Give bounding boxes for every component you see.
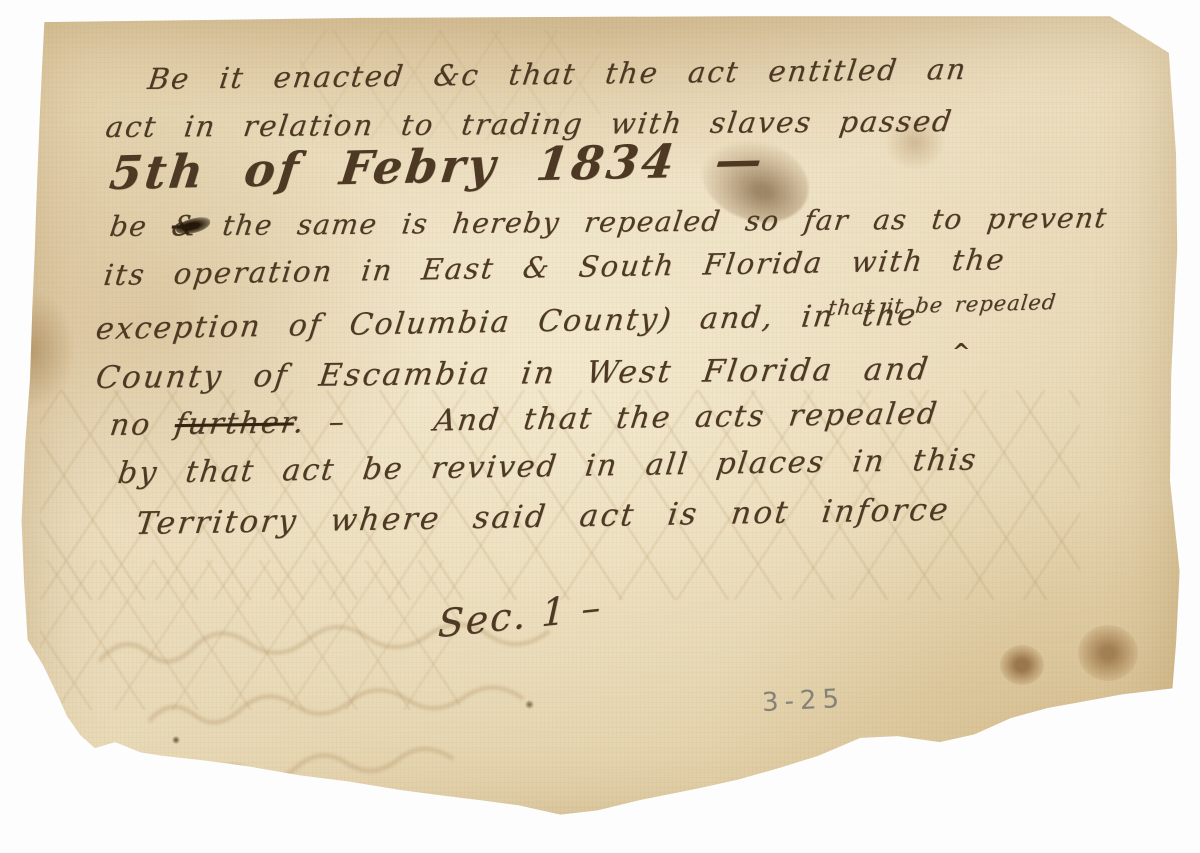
manuscript-line-6: exception of Columbia County) and, in th… bbox=[96, 298, 918, 347]
line-text: no further. –And that the acts repealed bbox=[108, 396, 941, 443]
insertion-caret: ^ bbox=[952, 340, 970, 365]
document-scan: Be it enacted &c that the act entitled a… bbox=[0, 0, 1200, 853]
stain bbox=[1078, 625, 1138, 681]
bleedthrough-writing bbox=[60, 600, 680, 810]
line8-prefix: no bbox=[108, 407, 154, 443]
paper-sheet: Be it enacted &c that the act entitled a… bbox=[0, 0, 1200, 853]
manuscript-line-4: be & the same is hereby repealed so far … bbox=[110, 201, 1108, 243]
manuscript-line-7: County of Escambia in West Florida and bbox=[96, 351, 930, 396]
line-text: by that act be revived in all places in … bbox=[116, 442, 980, 491]
stain bbox=[0, 290, 76, 410]
section-label: Sec. 1 – bbox=[436, 585, 605, 646]
manuscript-line-1: Be it enacted &c that the act entitled a… bbox=[148, 52, 968, 96]
hatch-marks bbox=[40, 560, 460, 710]
line-text: exception of Columbia County) and, in th… bbox=[94, 298, 919, 347]
struck-word: & bbox=[170, 209, 201, 242]
line8-rest: And that the acts repealed bbox=[432, 396, 941, 438]
stain bbox=[172, 736, 180, 744]
line-text: Territory where said act is not inforce bbox=[134, 492, 952, 542]
line4-prefix: be bbox=[108, 210, 150, 243]
line8-dash: . – bbox=[292, 405, 349, 441]
page-number-pencil: 3-25 bbox=[761, 684, 845, 718]
stain bbox=[525, 700, 534, 709]
manuscript-line-10: Territory where said act is not inforce bbox=[136, 492, 951, 542]
spacer bbox=[345, 430, 433, 431]
manuscript-line-5: its operation in East & South Florida wi… bbox=[104, 242, 1006, 292]
manuscript-line-9: by that act be revived in all places in … bbox=[118, 443, 978, 491]
line-text: County of Escambia in West Florida and bbox=[94, 351, 933, 396]
struck-word: further bbox=[173, 405, 296, 442]
stain bbox=[1000, 645, 1044, 685]
line4-rest: the same is hereby repealed so far as to… bbox=[221, 201, 1110, 242]
line-text: its operation in East & South Florida wi… bbox=[102, 242, 1008, 292]
line-text: be & the same is hereby repealed so far … bbox=[108, 201, 1110, 243]
line-text: Be it enacted &c that the act entitled a… bbox=[146, 52, 970, 96]
manuscript-line-8: no further. –And that the acts repealed bbox=[110, 396, 939, 443]
section-text: Sec. 1 – bbox=[437, 585, 603, 647]
